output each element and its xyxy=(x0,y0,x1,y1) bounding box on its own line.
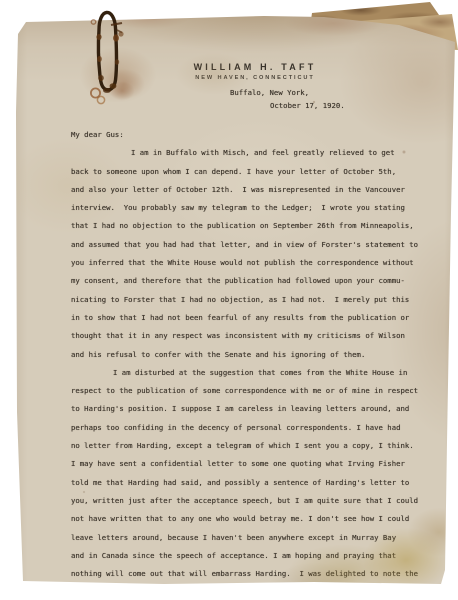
letter-line: my consent, and therefore that the publi… xyxy=(71,272,441,290)
letter-line: I am disturbed at the suggestion that co… xyxy=(71,364,441,382)
letter-line: I may have sent a confidential letter to… xyxy=(71,455,441,473)
letter-line: you inferred that the White House would … xyxy=(71,254,441,272)
letter-line: leave letters around, because I haven't … xyxy=(71,529,441,547)
letter-line: to Harding's position. I suppose I am ca… xyxy=(71,400,441,418)
salutation: My dear Gus: xyxy=(71,126,441,144)
letter-body: My dear Gus: I am in Buffalo with Misch,… xyxy=(71,126,441,583)
letter-line: that I had no objection to the publicati… xyxy=(71,217,441,235)
letterhead-location: NEW HAVEN, CONNECTICUT xyxy=(169,75,341,81)
dateline-city: Buffalo, New York, xyxy=(230,88,309,97)
letter-line: you, written just after the acceptance s… xyxy=(71,492,441,510)
letter-line: and assumed that you had had that letter… xyxy=(71,236,441,254)
letter-line: I am in Buffalo with Misch, and feel gre… xyxy=(71,144,441,162)
letter-line: no letter from Harding, except a telegra… xyxy=(71,437,441,455)
letter-line: and his refusal to confer with the Senat… xyxy=(71,346,441,364)
letter-line: and in Canada since the speech of accept… xyxy=(71,547,441,565)
letter-line: in to show that I had not been fearful o… xyxy=(71,309,441,327)
letter-line: back to someone upon whom I can depend. … xyxy=(71,163,441,181)
letter-line: respect to the publication of some corre… xyxy=(71,382,441,400)
letter-line: told me that Harding had said, and possi… xyxy=(71,474,441,492)
letter-line: and also your letter of October 12th. I … xyxy=(71,181,441,199)
paper-clip xyxy=(84,4,136,108)
letter-line: nothing will come out that will embarras… xyxy=(71,565,441,583)
letter-line: nicating to Forster that I had no object… xyxy=(71,291,441,309)
letter-line: not have written that to any one who wou… xyxy=(71,510,441,528)
photo-background: WILLIAM H. TAFT NEW HAVEN, CONNECTICUT B… xyxy=(0,0,458,600)
letter-line: thought that it in any respect was incon… xyxy=(71,327,441,345)
letter-page: WILLIAM H. TAFT NEW HAVEN, CONNECTICUT B… xyxy=(14,12,458,590)
letterhead: WILLIAM H. TAFT NEW HAVEN, CONNECTICUT xyxy=(169,62,341,81)
letter-line: perhaps too confiding in the decency of … xyxy=(71,419,441,437)
letterhead-name: WILLIAM H. TAFT xyxy=(169,62,341,72)
letter-line: interview. You probably saw my telegram … xyxy=(71,199,441,217)
dateline-date: October 17, 1920. xyxy=(270,101,345,110)
